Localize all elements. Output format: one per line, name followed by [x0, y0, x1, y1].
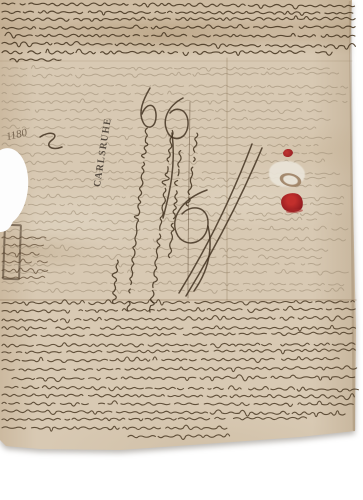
letter-paper	[0, 0, 363, 500]
ink-bleed-rectangle	[2, 224, 22, 281]
paper-shadow	[0, 0, 363, 500]
letter-scan: CARLSRUHE 1180	[0, 0, 363, 500]
